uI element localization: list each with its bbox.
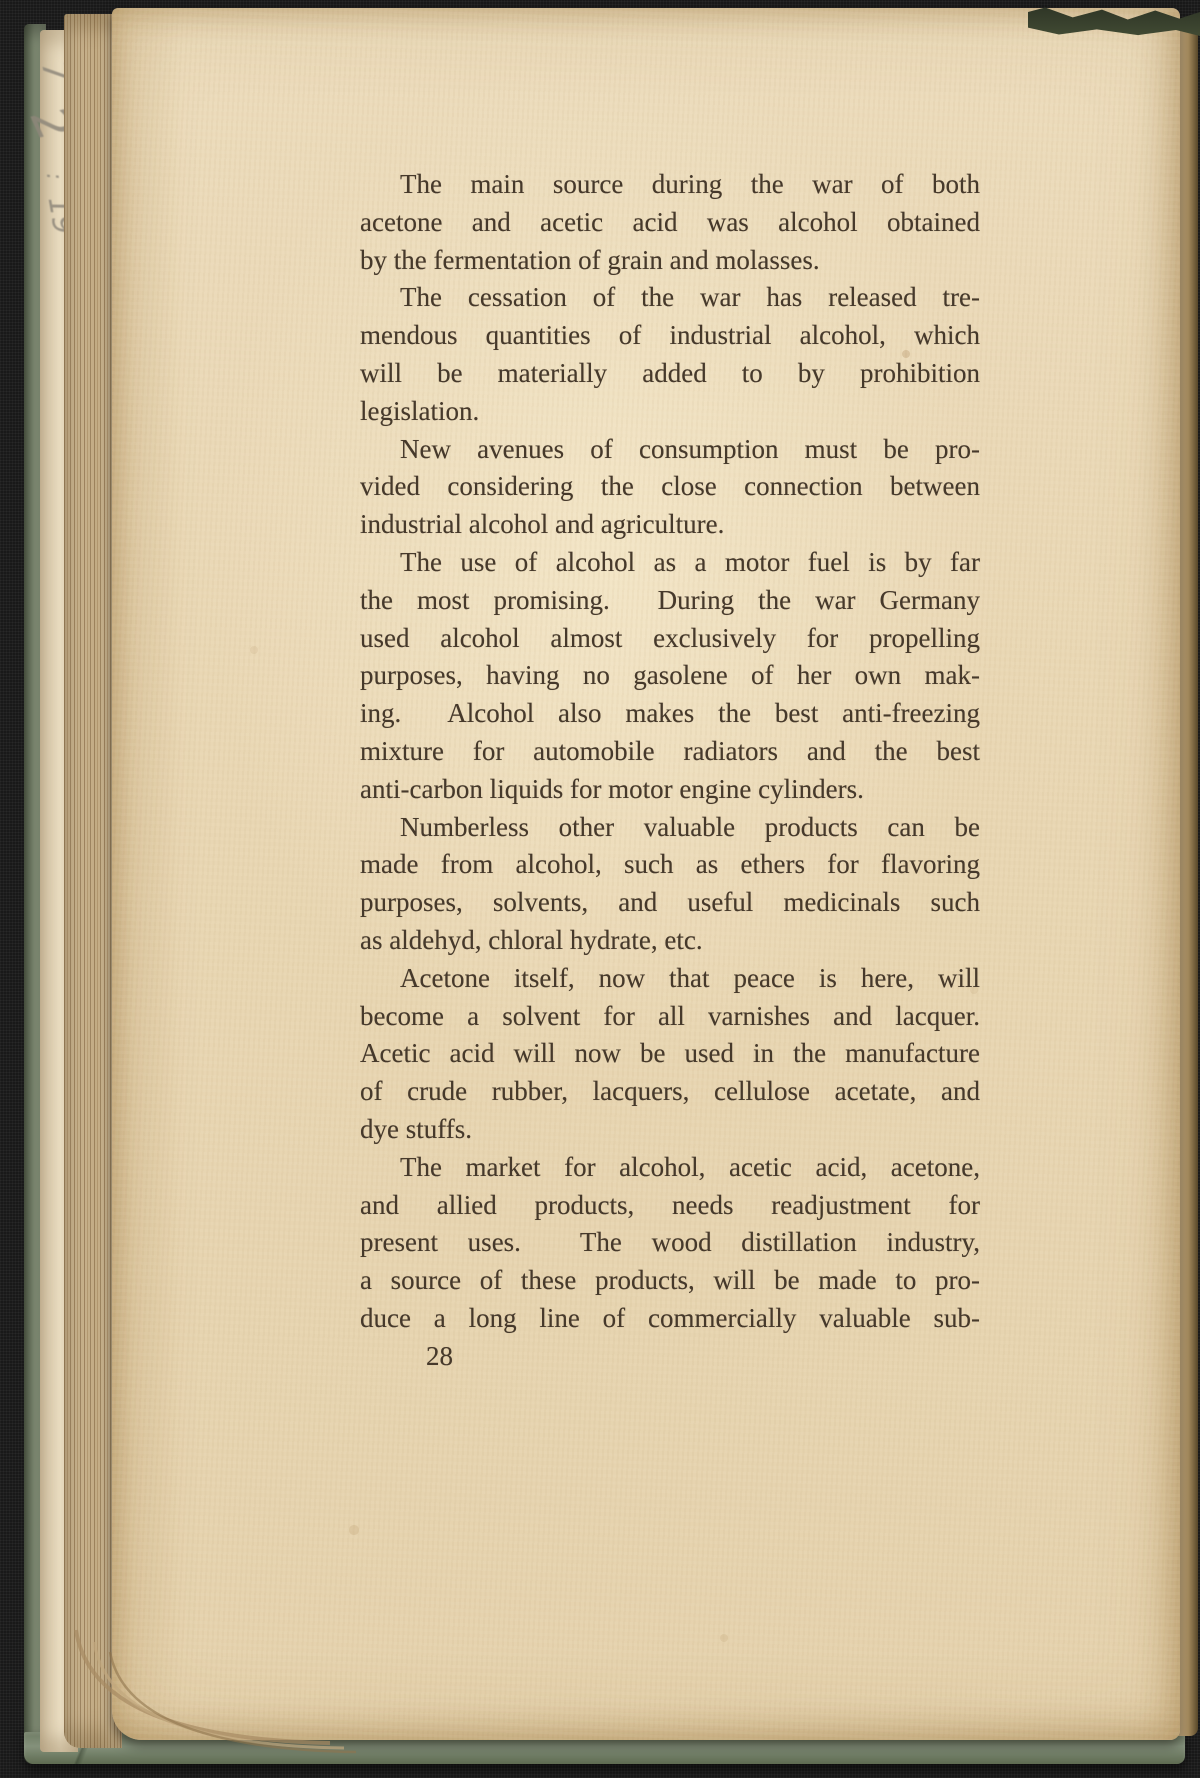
handwritten-pencil-mark: : [41, 172, 67, 182]
text-line: will be materially added to by prohibiti… [360, 355, 980, 393]
text-line: The cessation of the war has released tr… [360, 279, 980, 317]
text-line: Acetic acid will now be used in the manu… [360, 1035, 980, 1073]
paragraph: The cessation of the war has released tr… [360, 279, 980, 430]
page-number: 28 [360, 1338, 980, 1376]
paragraphs: The main source during the war of bothac… [360, 166, 980, 1338]
text-line: dye stuffs. [360, 1111, 980, 1149]
paragraph: The use of alcohol as a motor fuel is by… [360, 544, 980, 809]
text-line: by the fermentation of grain and molasse… [360, 242, 980, 280]
foxing-spots [112, 8, 116, 12]
text-line: New avenues of consumption must be pro- [360, 431, 980, 469]
text-line: Numberless other valuable products can b… [360, 809, 980, 847]
text-line: of crude rubber, lacquers, cellulose ace… [360, 1073, 980, 1111]
text-line: Acetone itself, now that peace is here, … [360, 960, 980, 998]
text-line: The use of alcohol as a motor fuel is by… [360, 544, 980, 582]
text-line: anti-carbon liquids for motor engine cyl… [360, 771, 980, 809]
text-line: legislation. [360, 393, 980, 431]
text-line: purposes, having no gasolene of her own … [360, 657, 980, 695]
paragraph: Acetone itself, now that peace is here, … [360, 960, 980, 1149]
text-line: mixture for automobile radiators and the… [360, 733, 980, 771]
text-line: and allied products, needs readjustment … [360, 1187, 980, 1225]
text-line: industrial alcohol and agriculture. [360, 506, 980, 544]
text-line: vided considering the close connection b… [360, 468, 980, 506]
paragraph: Numberless other valuable products can b… [360, 809, 980, 960]
page-text: The main source during the war of bothac… [360, 166, 980, 1376]
text-line: made from alcohol, such as ethers for fl… [360, 846, 980, 884]
text-line: used alcohol almost exclusively for prop… [360, 620, 980, 658]
paragraph: The market for alcohol, acetic acid, ace… [360, 1149, 980, 1338]
text-line: a source of these products, will be made… [360, 1262, 980, 1300]
text-line: purposes, solvents, and useful medicinal… [360, 884, 980, 922]
book-page: The main source during the war of bothac… [112, 8, 1180, 1740]
text-line: the most promising. During the war Germa… [360, 582, 980, 620]
text-line: mendous quantities of industrial alcohol… [360, 317, 980, 355]
text-line: The market for alcohol, acetic acid, ace… [360, 1149, 980, 1187]
text-line: The main source during the war of both [360, 166, 980, 204]
book-scan-photo: 7 2 : 19 The main source during the war … [0, 0, 1200, 1778]
text-line: become a solvent for all varnishes and l… [360, 998, 980, 1036]
text-line: ing. Alcohol also makes the best anti-fr… [360, 695, 980, 733]
text-line: duce a long line of commercially valuabl… [360, 1300, 980, 1338]
paragraph: New avenues of consumption must be pro-v… [360, 431, 980, 544]
text-line: present uses. The wood distillation indu… [360, 1224, 980, 1262]
text-line: as aldehyd, chloral hydrate, etc. [360, 922, 980, 960]
paragraph: The main source during the war of bothac… [360, 166, 980, 279]
text-line: acetone and acetic acid was alcohol obta… [360, 204, 980, 242]
